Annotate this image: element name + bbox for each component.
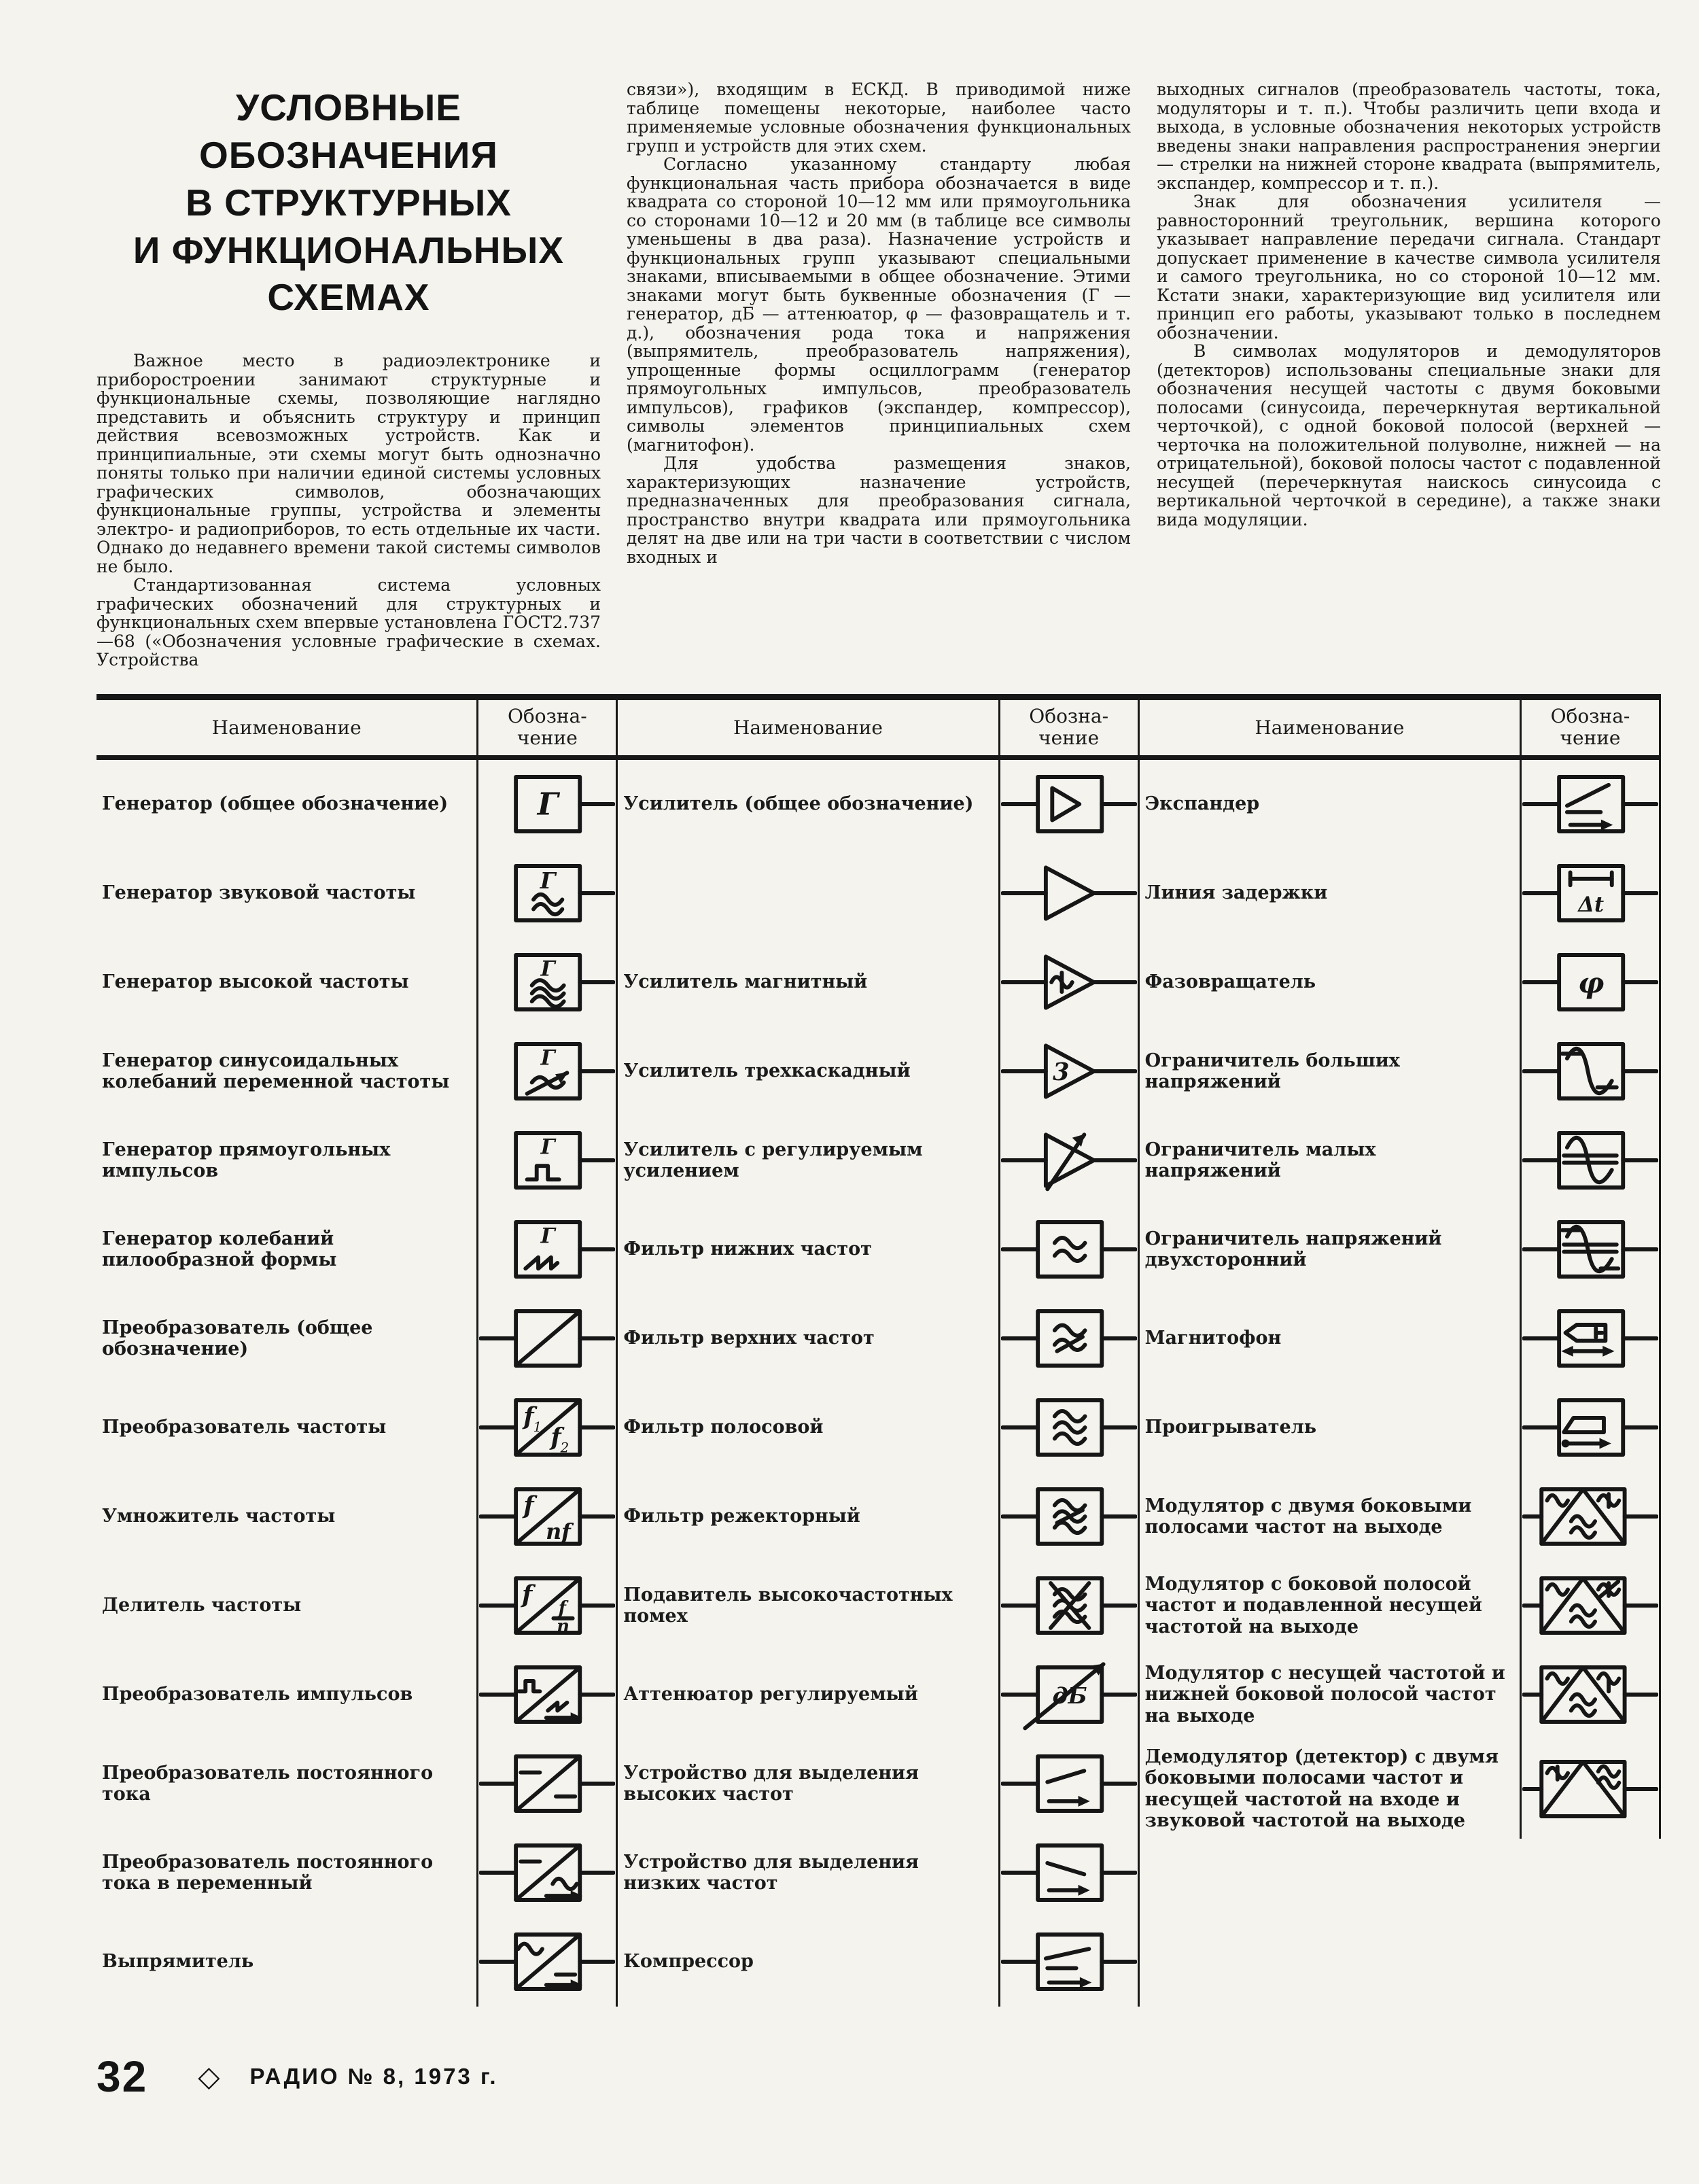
freq-div-icon: ffn bbox=[476, 1561, 618, 1650]
svg-text:n: n bbox=[557, 1616, 570, 1637]
filter-lp-icon bbox=[998, 1205, 1140, 1294]
conv-pulse-icon bbox=[476, 1650, 618, 1739]
row-name: Генератор колебаний пилообразной формы bbox=[97, 1205, 476, 1294]
amp-magnetic-icon bbox=[998, 938, 1140, 1027]
row-name: Преобразователь постоянного тока в перем… bbox=[97, 1828, 476, 1918]
row-name: Фильтр режекторный bbox=[618, 1472, 998, 1561]
amp-triangle-icon bbox=[998, 849, 1140, 938]
row-name: Генератор высокой частоты bbox=[97, 938, 476, 1027]
gen-swept-icon: Г bbox=[476, 1027, 618, 1116]
row-name: Преобразователь частоты bbox=[97, 1383, 476, 1472]
amp-3stage-icon: 3 bbox=[998, 1027, 1140, 1116]
row-name: Модулятор с несущей частотой и нижней бо… bbox=[1140, 1650, 1520, 1739]
svg-text:f: f bbox=[522, 1492, 538, 1520]
article-paragraph: В символах модуляторов и демодуляторов (… bbox=[1157, 342, 1661, 529]
svg-text:f: f bbox=[520, 1581, 536, 1609]
article: УСЛОВНЫЕ ОБОЗНАЧЕНИЯ В СТРУКТУРНЫХ И ФУН… bbox=[97, 80, 1661, 670]
table-group-2: Усилитель (общее обозначение)Усилитель м… bbox=[618, 760, 1139, 2007]
row-name: Усилитель магнитный bbox=[618, 938, 998, 1027]
amp-variable-icon bbox=[998, 1116, 1140, 1205]
journal-issue: РАДИО № 8, 1973 г. bbox=[250, 2064, 498, 2090]
expander-icon bbox=[1520, 760, 1661, 849]
filter-bp-icon bbox=[998, 1383, 1140, 1472]
article-column-2: связи»), входящим в ЕСКД. В приводимой н… bbox=[627, 80, 1131, 670]
column-header-name: Наименование bbox=[1140, 700, 1520, 755]
row-name: Усилитель трехкаскадный bbox=[618, 1027, 998, 1116]
rectifier-icon bbox=[476, 1918, 618, 2007]
conv-freq-icon: f1f2 bbox=[476, 1383, 618, 1472]
lf-select-icon bbox=[998, 1828, 1140, 1918]
row-name: Экспандер bbox=[1140, 760, 1520, 849]
gen-af-icon: Г bbox=[476, 849, 618, 938]
svg-text:Г: Г bbox=[540, 957, 557, 982]
row-name: Линия задержки bbox=[1140, 849, 1520, 938]
hf-select-icon bbox=[998, 1739, 1140, 1828]
table-group-3: ЭкспандерЛиния задержкиΔtФазовращательφО… bbox=[1140, 760, 1661, 1839]
row-name: Устройство для выделения низких частот bbox=[618, 1828, 998, 1918]
row-name: Ограничитель напряжений двухсторонний bbox=[1140, 1205, 1520, 1294]
amp-boxed-icon bbox=[998, 760, 1140, 849]
article-paragraph: Для удобства размещения знаков, характер… bbox=[627, 454, 1131, 566]
page-number: 32 bbox=[97, 2051, 147, 2102]
row-name: Усилитель (общее обозначение) bbox=[618, 760, 998, 849]
page-footer: 32 ◇ РАДИО № 8, 1973 г. bbox=[97, 2051, 1661, 2102]
row-name: Генератор прямоугольных импульсов bbox=[97, 1116, 476, 1205]
player-icon bbox=[1520, 1383, 1661, 1472]
article-column-3: выходных сигналов (преобразователь часто… bbox=[1157, 80, 1661, 670]
row-name: Генератор звуковой частоты bbox=[97, 849, 476, 938]
row-name bbox=[618, 849, 998, 938]
row-name: Магнитофон bbox=[1140, 1294, 1520, 1383]
svg-text:1: 1 bbox=[533, 1419, 542, 1435]
tape-recorder-icon bbox=[1520, 1294, 1661, 1383]
svg-text:nf: nf bbox=[546, 1519, 574, 1544]
svg-text:3: 3 bbox=[1053, 1058, 1070, 1086]
row-name: Проигрыватель bbox=[1140, 1383, 1520, 1472]
row-name: Фильтр верхних частот bbox=[618, 1294, 998, 1383]
table-group-1: Генератор (общее обозначение)ГГенератор … bbox=[97, 760, 618, 2007]
diamond-icon: ◇ bbox=[198, 2060, 220, 2093]
row-name: Фильтр нижних частот bbox=[618, 1205, 998, 1294]
row-name: Преобразователь (общее обозначение) bbox=[97, 1294, 476, 1383]
row-name: Преобразователь импульсов bbox=[97, 1650, 476, 1739]
column-header-symbol: Обозна- чение bbox=[476, 700, 618, 755]
svg-text:Г: Г bbox=[540, 1135, 557, 1160]
svg-text:Г: Г bbox=[540, 867, 557, 894]
table-body: Генератор (общее обозначение)ГГенератор … bbox=[97, 760, 1661, 2007]
gen-general-icon: Г bbox=[476, 760, 618, 849]
row-name: Демодулятор (детектор) с двумя боковыми … bbox=[1140, 1739, 1520, 1839]
svg-text:Г: Г bbox=[540, 1224, 557, 1249]
suppressor-icon bbox=[998, 1561, 1140, 1650]
gen-hf-icon: Г bbox=[476, 938, 618, 1027]
row-name: Фильтр полосовой bbox=[618, 1383, 998, 1472]
article-paragraph: Стандартизованная система условных графи… bbox=[97, 576, 601, 670]
gen-pulse-icon: Г bbox=[476, 1116, 618, 1205]
article-paragraph: связи»), входящим в ЕСКД. В приводимой н… bbox=[627, 80, 1131, 155]
row-name: Ограничитель больших напряжений bbox=[1140, 1027, 1520, 1116]
table-header-group-2: НаименованиеОбозна- чение bbox=[618, 700, 1139, 755]
limiter-low-icon bbox=[1520, 1116, 1661, 1205]
mod-ssb-icon bbox=[1520, 1561, 1661, 1650]
row-name: Подавитель высокочастотных помех bbox=[618, 1561, 998, 1650]
row-name: Генератор (общее обозначение) bbox=[97, 760, 476, 849]
mod-dsb-icon bbox=[1520, 1472, 1661, 1561]
table-header-group-1: НаименованиеОбозна- чение bbox=[97, 700, 618, 755]
svg-text:Г: Г bbox=[536, 786, 561, 822]
mod-carrier-lsb-icon bbox=[1520, 1650, 1661, 1739]
magazine-page: УСЛОВНЫЕ ОБОЗНАЧЕНИЯ В СТРУКТУРНЫХ И ФУН… bbox=[0, 0, 1699, 2184]
gen-saw-icon: Г bbox=[476, 1205, 618, 1294]
limiter-both-icon bbox=[1520, 1205, 1661, 1294]
delay-line-icon: Δt bbox=[1520, 849, 1661, 938]
compressor-icon bbox=[998, 1918, 1140, 2007]
article-paragraph: Согласно указанному стандарту любая функ… bbox=[627, 155, 1131, 454]
row-name: Умножитель частоты bbox=[97, 1472, 476, 1561]
row-name: Делитель частоты bbox=[97, 1561, 476, 1650]
row-name: Ограничитель малых напряжений bbox=[1140, 1116, 1520, 1205]
filter-notch-icon bbox=[998, 1472, 1140, 1561]
row-name: Генератор синусоидальных колебаний перем… bbox=[97, 1027, 476, 1116]
svg-text:2: 2 bbox=[560, 1440, 570, 1456]
svg-text:f: f bbox=[557, 1598, 569, 1618]
svg-text:φ: φ bbox=[1578, 966, 1604, 1000]
article-paragraph: выходных сигналов (преобразователь часто… bbox=[1157, 80, 1661, 192]
attenuator-icon: дБ bbox=[998, 1650, 1140, 1739]
limiter-high-icon bbox=[1520, 1027, 1661, 1116]
row-name: Преобразователь постоянного тока bbox=[97, 1739, 476, 1828]
table-header-group-3: НаименованиеОбозна- чение bbox=[1140, 700, 1661, 755]
article-paragraph: Важное место в радиоэлектронике и прибор… bbox=[97, 351, 601, 576]
svg-text:Δt: Δt bbox=[1577, 892, 1604, 917]
conv-dc-icon bbox=[476, 1739, 618, 1828]
article-title: УСЛОВНЫЕ ОБОЗНАЧЕНИЯ В СТРУКТУРНЫХ И ФУН… bbox=[101, 84, 597, 322]
freq-mult-icon: fnf bbox=[476, 1472, 618, 1561]
article-column-1: УСЛОВНЫЕ ОБОЗНАЧЕНИЯ В СТРУКТУРНЫХ И ФУН… bbox=[97, 80, 601, 670]
column-header-name: Наименование bbox=[618, 700, 998, 755]
phase-shifter-icon: φ bbox=[1520, 938, 1661, 1027]
symbols-table: НаименованиеОбозна- чениеНаименованиеОбо… bbox=[97, 694, 1661, 2007]
row-name: Усилитель с регулируемым усилением bbox=[618, 1116, 998, 1205]
svg-text:дБ: дБ bbox=[1052, 1682, 1087, 1709]
filter-hp-icon bbox=[998, 1294, 1140, 1383]
row-name: Фазовращатель bbox=[1140, 938, 1520, 1027]
article-paragraph: Знак для обозначения усилителя — равност… bbox=[1157, 192, 1661, 342]
row-name: Компрессор bbox=[618, 1918, 998, 2007]
conv-dc-ac-icon bbox=[476, 1828, 618, 1918]
row-name: Аттенюатор регулируемый bbox=[618, 1650, 998, 1739]
row-name: Устройство для выделения высоких частот bbox=[618, 1739, 998, 1828]
row-name: Модулятор с боковой полосой частот и под… bbox=[1140, 1561, 1520, 1650]
column-header-name: Наименование bbox=[97, 700, 476, 755]
column-header-symbol: Обозна- чение bbox=[998, 700, 1140, 755]
row-name: Модулятор с двумя боковыми полосами част… bbox=[1140, 1472, 1520, 1561]
column-header-symbol: Обозна- чение bbox=[1520, 700, 1661, 755]
demod-icon bbox=[1520, 1739, 1661, 1839]
row-name: Выпрямитель bbox=[97, 1918, 476, 2007]
svg-text:Г: Г bbox=[540, 1046, 557, 1071]
table-header-row: НаименованиеОбозна- чениеНаименованиеОбо… bbox=[97, 700, 1661, 760]
conv-general-icon bbox=[476, 1294, 618, 1383]
